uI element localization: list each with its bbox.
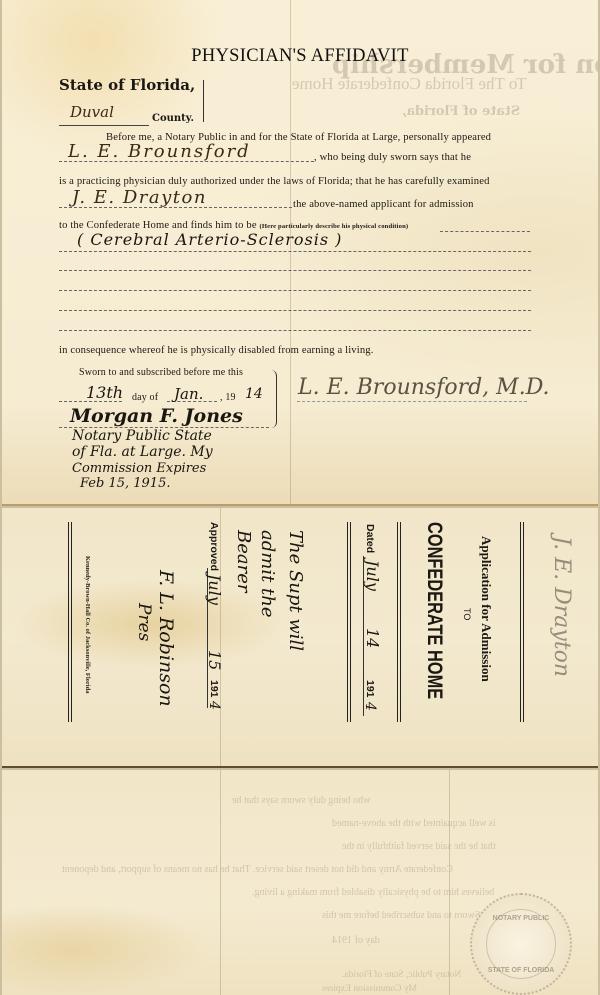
notary-note-2: of Fla. at Large. My [72, 444, 213, 460]
approved-year-prefix: 191 [208, 680, 220, 698]
bleed-through-state: State of Florida, [402, 104, 520, 119]
bleed-line: is well acquainted with the above-named [332, 818, 496, 829]
affidavit-panel: Application for Membership To The Florid… [2, 0, 598, 506]
approved-label: Approved [208, 522, 220, 571]
fold-crease [220, 508, 221, 766]
state-label: State of Florida, [59, 76, 195, 94]
scanned-document: Application for Membership To The Florid… [0, 0, 600, 995]
dated-month: July [363, 560, 382, 591]
year-prefix: 19 [225, 392, 235, 403]
physician-signature-line [297, 401, 527, 402]
sworn-day: 13th [86, 383, 123, 402]
physician-signature: L. E. Brounsford, M.D. [298, 375, 550, 400]
applicant-name: J. E. Drayton [72, 187, 207, 208]
physician-name: L. E. Brounsford [68, 141, 251, 162]
condition-line-2 [59, 270, 531, 271]
condition-instruction: (Here particularly describe his physical… [260, 223, 409, 230]
condition-line-4 [59, 310, 531, 311]
sworn-label: Sworn to and subscribed before me this [79, 367, 243, 378]
bleed-line: Confederate Army and did not desert said… [62, 864, 453, 875]
bleed-line: who being duly sworn says that he [232, 795, 370, 806]
middle-double-rule-right [397, 522, 401, 722]
condition-line-0 [440, 231, 530, 232]
day-of-label: day of [132, 392, 158, 403]
right-double-rule [520, 522, 524, 722]
affidavit-line-3: is a practicing physician duly authorize… [59, 176, 490, 187]
venue-brace [200, 80, 204, 122]
notary-commission-expiry: Feb 15, 1915. [80, 476, 170, 491]
page-title: PHYSICIAN'S AFFIDAVIT [2, 46, 598, 67]
notary-note-1: Notary Public State [72, 428, 212, 444]
sworn-month: Jan. [174, 385, 203, 403]
notary-embossed-seal: NOTARY PUBLIC STATE OF FLORIDA [470, 893, 572, 995]
jurat-brace [270, 370, 277, 428]
dated-day: 14 [363, 628, 382, 648]
condition-line-1 [59, 251, 531, 252]
bleed-line: Notary Public, State of Florida. [342, 970, 461, 980]
dated-year-prefix: 191 [364, 680, 376, 698]
cover-panel: Kennedy-Brown-Hall Co. of Jacksonville, … [2, 508, 598, 768]
bleed-line: My Commission Expires [322, 984, 417, 994]
notary-signature: Morgan F. Jones [70, 405, 243, 427]
dated-year-suffix: 4 [362, 702, 378, 711]
approved-year-suffix: 4 [206, 701, 222, 710]
admission-note-1: The Supt will [285, 530, 306, 651]
approver-title: Pres [134, 603, 154, 641]
bleed-line: that he the said served faithfully in th… [342, 841, 496, 852]
admission-note-3: Bearer [233, 530, 254, 592]
approved-day: 15 [205, 650, 224, 670]
bleed-line: day of 1914 [332, 935, 380, 946]
applicant-pencil-name: J. E. Drayton [549, 536, 574, 677]
affidavit-conclusion: in consequence whereof he is physically … [59, 345, 374, 356]
heading-application: Application for Admission [478, 536, 494, 682]
physical-condition: ( Cerebral Arterio-Sclerosis ) [77, 230, 342, 249]
fold-crease [449, 770, 450, 995]
notary-note-3: Commission Expires [72, 461, 206, 476]
left-double-rule [68, 522, 72, 722]
printer-imprint: Kennedy-Brown-Hall Co. of Jacksonville, … [84, 556, 91, 693]
notary-expiry-date: Feb 15, 1915. [80, 476, 170, 491]
county-value: Duval [70, 103, 114, 121]
condition-line-3 [59, 290, 531, 291]
approved-month: July [205, 574, 224, 605]
county-label: County. [152, 113, 194, 124]
bleed-line: believes him to be physically disabled f… [252, 887, 494, 898]
bleed-through-subheading: To The Florida Confederate Home [292, 74, 527, 94]
approver-signature: F. L. Robinson [155, 570, 177, 707]
middle-double-rule-left [347, 522, 351, 722]
condition-line-5 [59, 330, 531, 331]
fold-crease [220, 770, 221, 995]
affidavit-line-2: , who being duly sworn says that he [314, 152, 471, 163]
affidavit-line-4: the above-named applicant for admission [293, 199, 474, 210]
sworn-year-prefix: , 19 [220, 392, 236, 403]
seal-text-bottom: STATE OF FLORIDA [472, 967, 570, 974]
admission-note-2: admit the [257, 530, 278, 618]
heading-confederate-home: CONFEDERATE HOME [422, 522, 446, 699]
dated-label: Dated [364, 524, 376, 553]
heading-to: TO [462, 608, 472, 620]
fold-crease [290, 0, 291, 504]
sworn-year-suffix: 14 [245, 386, 263, 402]
bleed-line: Sworn to and subscribed before me this [322, 910, 480, 921]
seal-text-top: NOTARY PUBLIC [472, 915, 570, 922]
